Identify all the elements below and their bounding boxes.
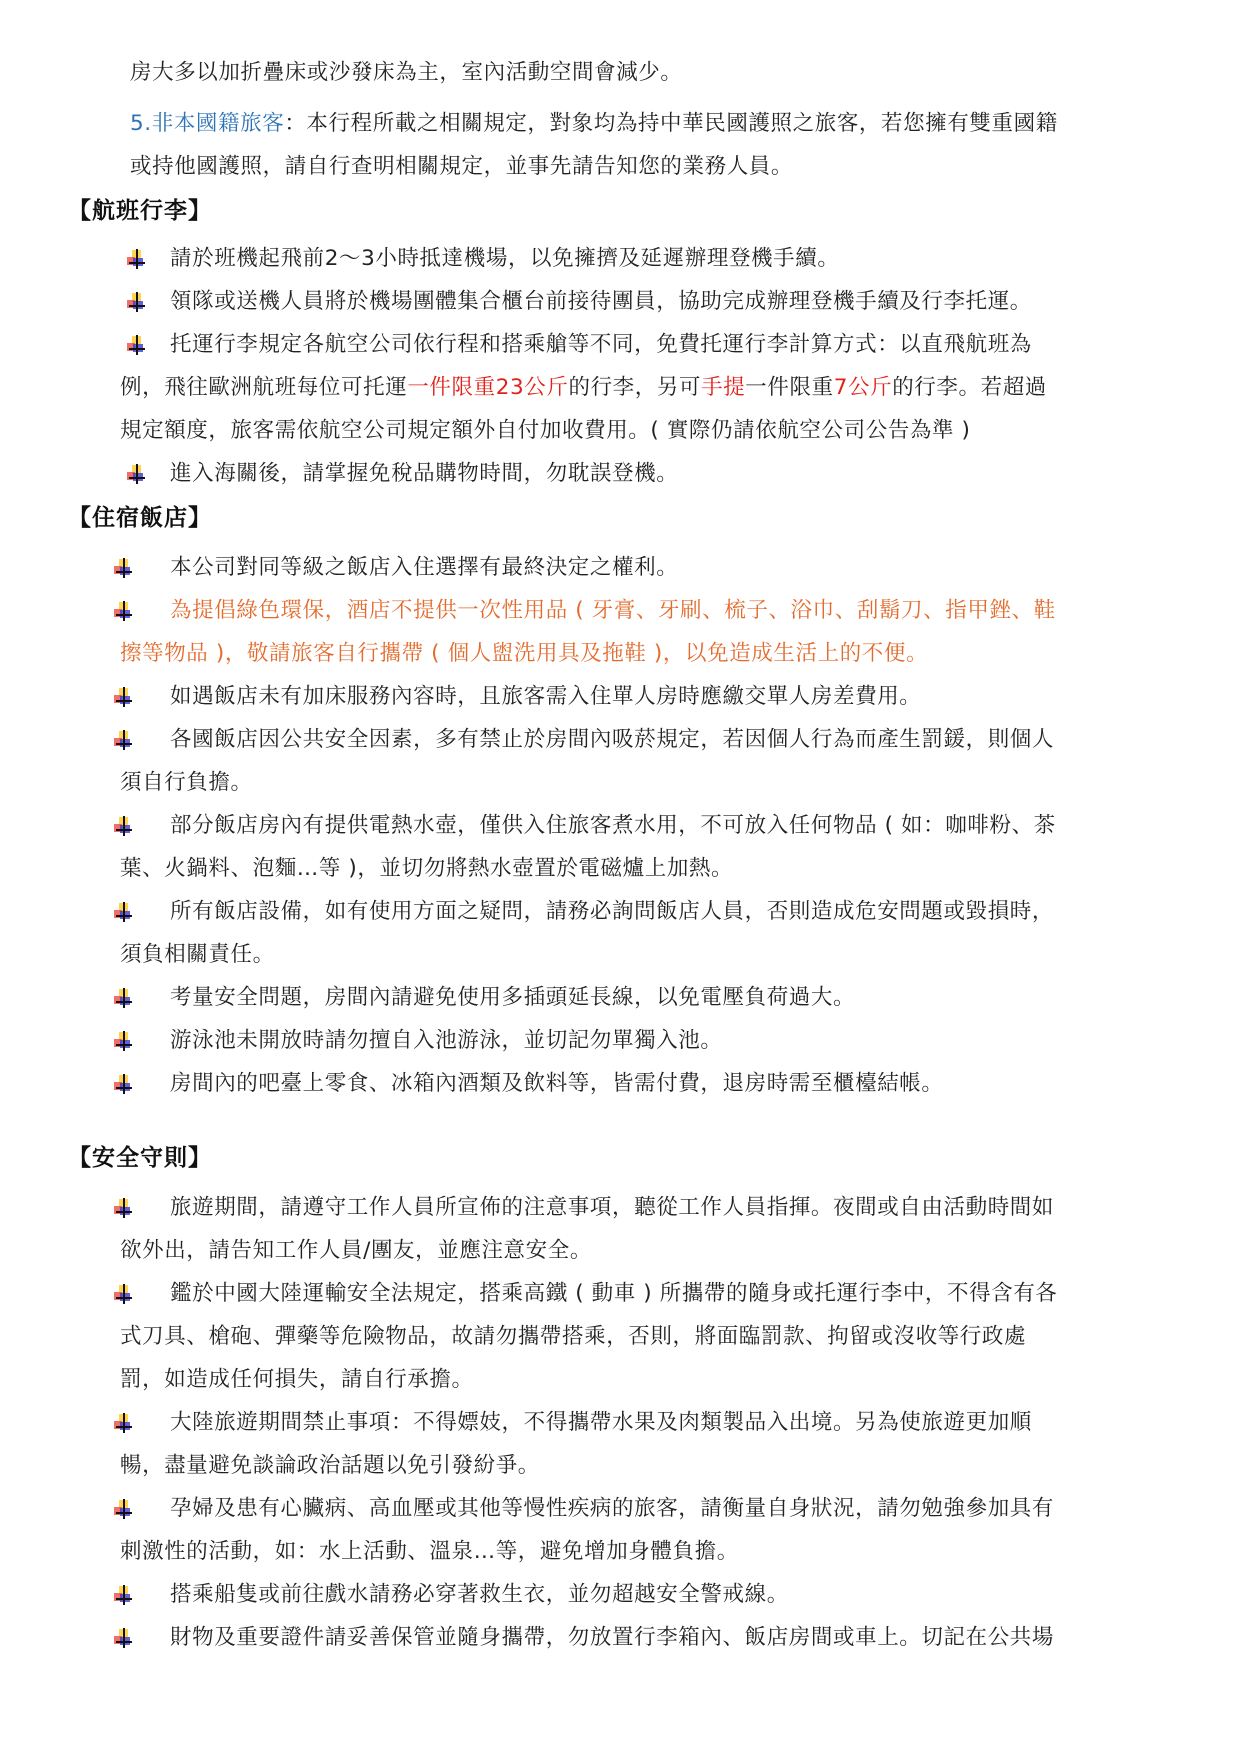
text: 一件限重 [745, 375, 833, 400]
flight-item: 請於班機起飛前2～3小時抵達機場，以免擁擠及延遲辦理登機手續。 [170, 244, 839, 274]
hotel-item: 房間內的吧臺上零食、冰箱內酒類及飲料等，皆需付費，退房時需至櫃檯結帳。 [170, 1069, 944, 1099]
bullet-icon [113, 987, 135, 1009]
bullet-icon [126, 334, 148, 356]
bullet-icon [126, 291, 148, 313]
text: 的行李，另可 [568, 375, 701, 400]
bullet-icon [126, 248, 148, 270]
flight-item: 領隊或送機人員將於機場團體集合櫃台前接待團員，協助完成辦理登機手續及行李托運。 [170, 287, 1032, 317]
flight-item: 托運行李規定各航空公司依行程和搭乘艙等不同，免費托運行李計算方式：以直飛航班為 [170, 330, 1032, 360]
safety-item-cont: 暢，盡量避免談論政治話題以免引發紛爭。 [120, 1451, 540, 1481]
item-5-text: ：本行程所載之相關規定，對象均為持中華民國護照之旅客，若您擁有雙重國籍 [284, 111, 1058, 136]
hotel-item: 部分飯店房內有提供電熱水壺，僅供入住旅客煮水用，不可放入任何物品 ( 如：咖啡粉… [170, 811, 1056, 841]
section-title-safety: 【安全守則】 [68, 1143, 212, 1173]
safety-item: 旅遊期間，請遵守工作人員所宣佈的注意事項，聽從工作人員指揮。夜間或自由活動時間如 [170, 1193, 1054, 1223]
text: 例，飛往歐洲航班每位可托運 [120, 375, 407, 400]
safety-item: 孕婦及患有心臟病、高血壓或其他等慢性疾病的旅客，請衡量自身狀況，請勿勉強參加具有 [170, 1494, 1054, 1524]
bullet-icon [113, 1283, 135, 1305]
safety-item-cont: 刺激性的活動，如：水上活動、溫泉…等，避免增加身體負擔。 [120, 1537, 739, 1567]
bullet-icon [126, 463, 148, 485]
bullet-icon [113, 1073, 135, 1095]
flight-item: 進入海關後，請掌握免稅品購物時間，勿耽誤登機。 [170, 459, 678, 489]
safety-item: 鑑於中國大陸運輸安全法規定，搭乘高鐵 ( 動車 ) 所攜帶的隨身或托運行李中，不… [170, 1279, 1058, 1309]
hotel-item: 所有飯店設備，如有使用方面之疑問，請務必詢問飯店人員，否則造成危安問題或毀損時， [170, 897, 1054, 927]
item-5-label: 5.非本國籍旅客 [130, 111, 284, 136]
intro-item-5-cont: 或持他國護照，請自行查明相關規定，並事先請告知您的業務人員。 [130, 152, 793, 182]
bullet-icon [113, 600, 135, 622]
bullet-icon [113, 1584, 135, 1606]
section-title-flight: 【航班行李】 [68, 196, 212, 226]
intro-line: 房大多以加折疊床或沙發床為主，室內活動空間會減少。 [130, 58, 683, 88]
bullet-icon [113, 815, 135, 837]
hotel-item: 游泳池未開放時請勿擅自入池游泳，並切記勿單獨入池。 [170, 1026, 723, 1056]
safety-item: 財物及重要證件請妥善保管並隨身攜帶，勿放置行李箱內、飯店房間或車上。切記在公共場 [170, 1623, 1054, 1653]
hotel-item-eco-cont: 擦等物品 )，敬請旅客自行攜帶 ( 個人盥洗用具及拖鞋 )，以免造成生活上的不便… [120, 639, 928, 669]
bullet-icon [113, 1197, 135, 1219]
safety-item-cont: 罰，如造成任何損失，請自行承擔。 [120, 1365, 474, 1395]
hotel-item-cont: 須自行負擔。 [120, 768, 253, 798]
flight-item-cont: 例，飛往歐洲航班每位可托運一件限重23公斤的行李，另可手提一件限重7公斤的行李。… [120, 373, 1047, 403]
hotel-item: 如遇飯店未有加床服務內容時，且旅客需入住單人房時應繳交單人房差費用。 [170, 682, 921, 712]
bullet-icon [113, 729, 135, 751]
hotel-item-cont: 須負相關責任。 [120, 940, 275, 970]
text: 的行李。若超過 [892, 375, 1047, 400]
bullet-icon [113, 1030, 135, 1052]
flight-item-cont: 規定額度，旅客需依航空公司規定額外自付加收費用。( 實際仍請依航空公司公告為準 … [120, 416, 971, 446]
safety-item-cont: 式刀具、槍砲、彈藥等危險物品，故請勿攜帶搭乘，否則，將面臨罰款、拘留或沒收等行政… [120, 1322, 1026, 1352]
hotel-item: 各國飯店因公共安全因素，多有禁止於房間內吸菸規定，若因個人行為而產生罰鍰，則個人 [170, 725, 1054, 755]
bullet-icon [113, 901, 135, 923]
bullet-icon [113, 557, 135, 579]
highlight-text: 手提 [701, 375, 745, 400]
section-title-hotel: 【住宿飯店】 [68, 503, 212, 533]
intro-item-5: 5.非本國籍旅客：本行程所載之相關規定，對象均為持中華民國護照之旅客，若您擁有雙… [130, 109, 1058, 139]
hotel-item-cont: 葉、火鍋料、泡麵…等 )，並切勿將熱水壺置於電磁爐上加熱。 [120, 854, 733, 884]
bullet-icon [113, 1498, 135, 1520]
highlight-text: 一件限重23公斤 [407, 375, 568, 400]
bullet-icon [113, 1627, 135, 1649]
safety-item-cont: 欲外出，請告知工作人員/團友，並應注意安全。 [120, 1236, 592, 1266]
hotel-item: 本公司對同等級之飯店入住選擇有最終決定之權利。 [170, 553, 678, 583]
safety-item: 大陸旅遊期間禁止事項：不得嫖妓，不得攜帶水果及肉類製品入出境。另為使旅遊更加順 [170, 1408, 1032, 1438]
bullet-icon [113, 686, 135, 708]
bullet-icon [113, 1412, 135, 1434]
highlight-text: 7公斤 [834, 375, 892, 400]
safety-item: 搭乘船隻或前往戲水請務必穿著救生衣，並勿超越安全警戒線。 [170, 1580, 789, 1610]
hotel-item-eco: 為提倡綠色環保，酒店不提供一次性用品 ( 牙膏、牙刷、梳子、浴巾、刮鬍刀、指甲銼… [170, 596, 1056, 626]
hotel-item: 考量安全問題，房間內請避免使用多插頭延長線，以免電壓負荷過大。 [170, 983, 855, 1013]
